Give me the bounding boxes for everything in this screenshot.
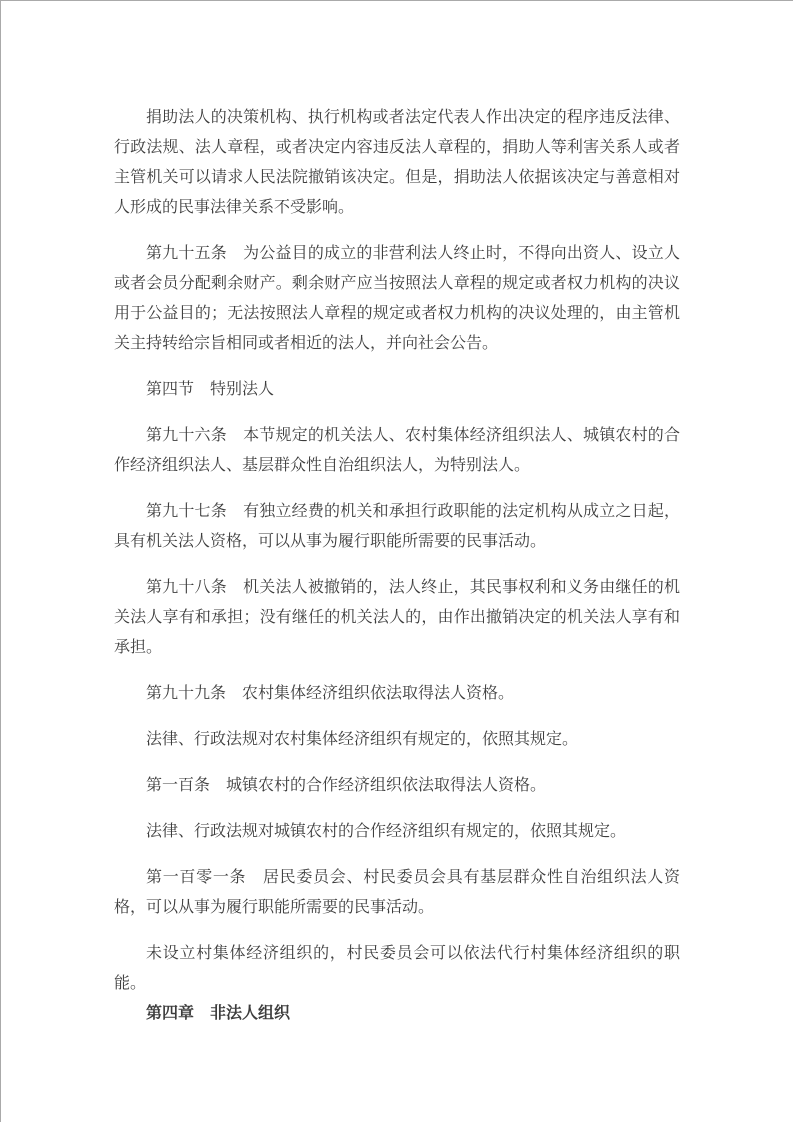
document-page: 捐助法人的决策机构、执行机构或者法定代表人作出决定的程序违反法律、行政法规、法人…: [0, 0, 793, 1122]
section-4-heading: 第四节 特别法人: [114, 375, 680, 405]
chapter-4-heading: 第四章 非法人组织: [114, 999, 680, 1029]
paragraph-donation-legal-person: 捐助法人的决策机构、执行机构或者法定代表人作出决定的程序违反法律、行政法规、法人…: [114, 103, 680, 223]
article-100: 第一百条 城镇农村的合作经济组织依法取得法人资格。: [114, 771, 680, 801]
article-99: 第九十九条 农村集体经济组织依法取得法人资格。: [114, 679, 680, 709]
article-98: 第九十八条 机关法人被撤销的，法人终止，其民事权利和义务由继任的机关法人享有和承…: [114, 573, 680, 663]
article-96: 第九十六条 本节规定的机关法人、农村集体经济组织法人、城镇农村的合作经济组织法人…: [114, 421, 680, 481]
article-97: 第九十七条 有独立经费的机关和承担行政职能的法定机构从成立之日起，具有机关法人资…: [114, 497, 680, 557]
article-100-para-2: 法律、行政法规对城镇农村的合作经济组织有规定的，依照其规定。: [114, 817, 680, 847]
article-95: 第九十五条 为公益目的成立的非营利法人终止时，不得向出资人、设立人或者会员分配剩…: [114, 239, 680, 359]
article-101: 第一百零一条 居民委员会、村民委员会具有基层群众性自治组织法人资格，可以从事为履…: [114, 863, 680, 923]
page-content: 捐助法人的决策机构、执行机构或者法定代表人作出决定的程序违反法律、行政法规、法人…: [1, 1, 793, 1029]
article-99-para-2: 法律、行政法规对农村集体经济组织有规定的，依照其规定。: [114, 725, 680, 755]
article-101-para-2: 未设立村集体经济组织的，村民委员会可以依法代行村集体经济组织的职能。: [114, 939, 680, 999]
